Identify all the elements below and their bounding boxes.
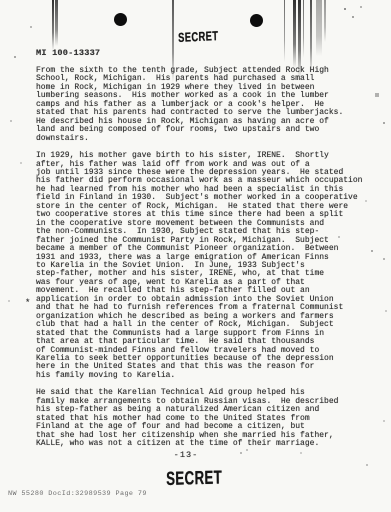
- hole-punch-mark: [250, 14, 263, 27]
- scan-artifact-line: [52, 0, 54, 50]
- scan-artifact-line: [310, 0, 312, 74]
- secret-classification-stamp-bottom: SECRET: [166, 468, 222, 491]
- scan-artifact-line: [303, 0, 304, 58]
- scanned-document-page: SECRET MI 100-13337 From the sixth to th…: [0, 0, 391, 512]
- margin-asterisk-note: *: [25, 298, 30, 308]
- scan-artifact-line: [293, 0, 296, 68]
- paragraph-schooling-rock-michigan: From the sixth to the tenth grade, Subje…: [36, 67, 381, 143]
- scan-artifact-line: [55, 0, 58, 46]
- document-body: From the sixth to the tenth grade, Subje…: [36, 67, 381, 457]
- scan-noise-specks: [0, 0, 2, 2]
- page-number: -13-: [36, 450, 336, 460]
- archive-docid-footer: NW 55280 DocId:32989539 Page 79: [8, 490, 147, 498]
- scan-artifact-line: [316, 0, 322, 56]
- scan-artifact-line: [324, 0, 326, 42]
- hole-punch-mark: [114, 13, 127, 26]
- secret-classification-stamp-top: SECRET: [178, 28, 218, 45]
- paragraph-karelian-technical-aid: He said that the Karelian Technical Aid …: [36, 389, 381, 448]
- scan-artifact-line: [284, 0, 285, 62]
- paragraph-family-history-karelia: In 1929, his mother gave birth to his si…: [36, 152, 381, 380]
- file-number: MI 100-13337: [36, 48, 100, 58]
